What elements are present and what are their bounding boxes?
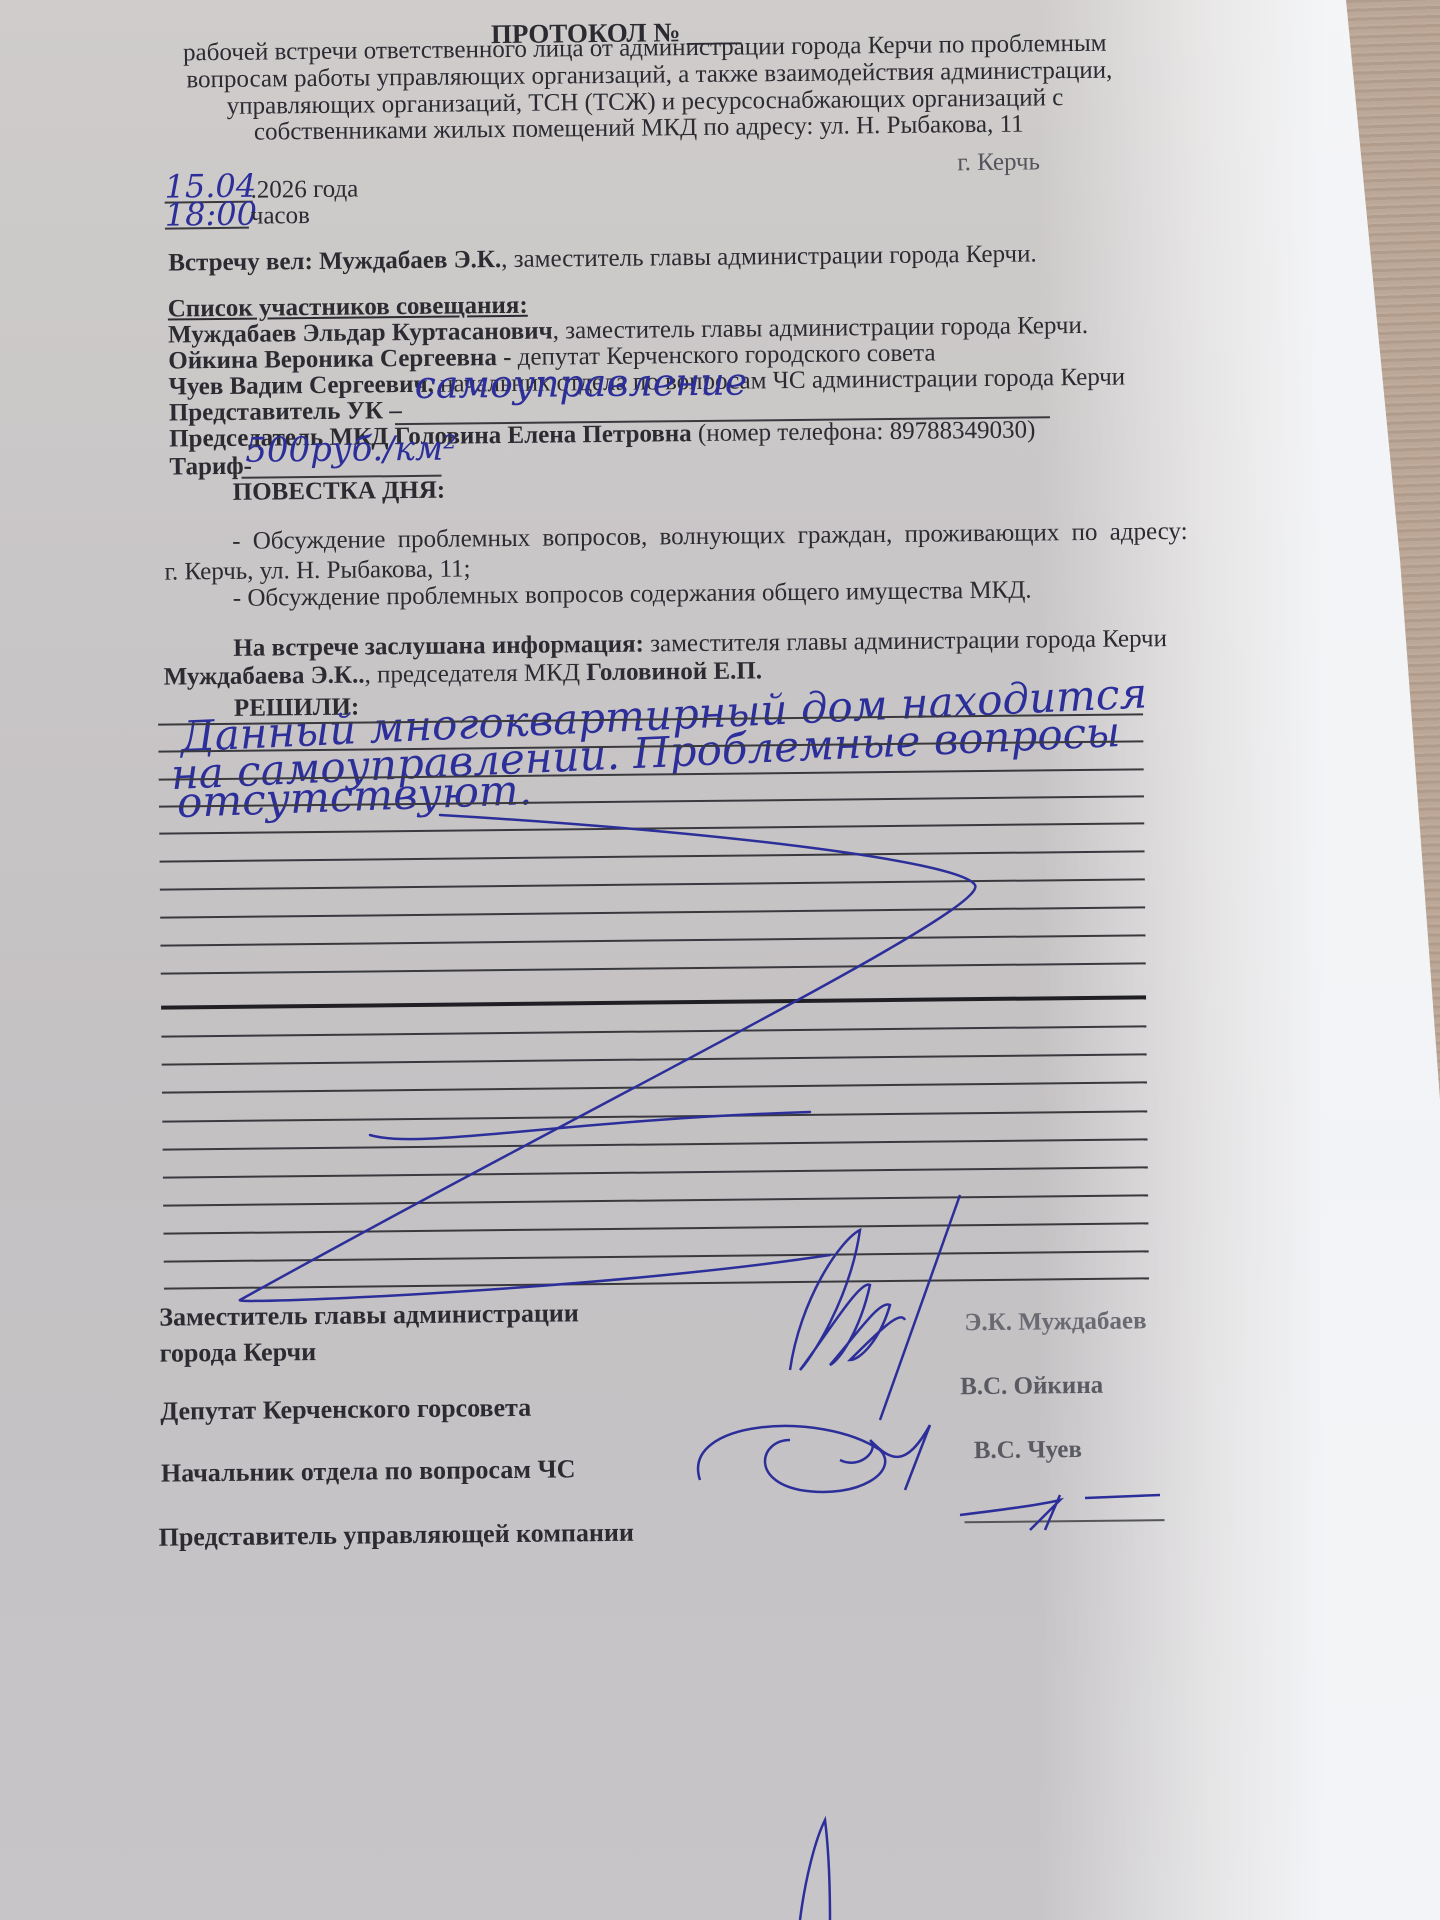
- signature-muzhdabaev: [790, 1195, 960, 1420]
- signature-strokes: [0, 0, 1440, 1920]
- z-strike-through: [240, 815, 976, 1301]
- signature-uk-rep: [800, 1495, 1160, 1920]
- signature-chuev: [698, 1425, 930, 1492]
